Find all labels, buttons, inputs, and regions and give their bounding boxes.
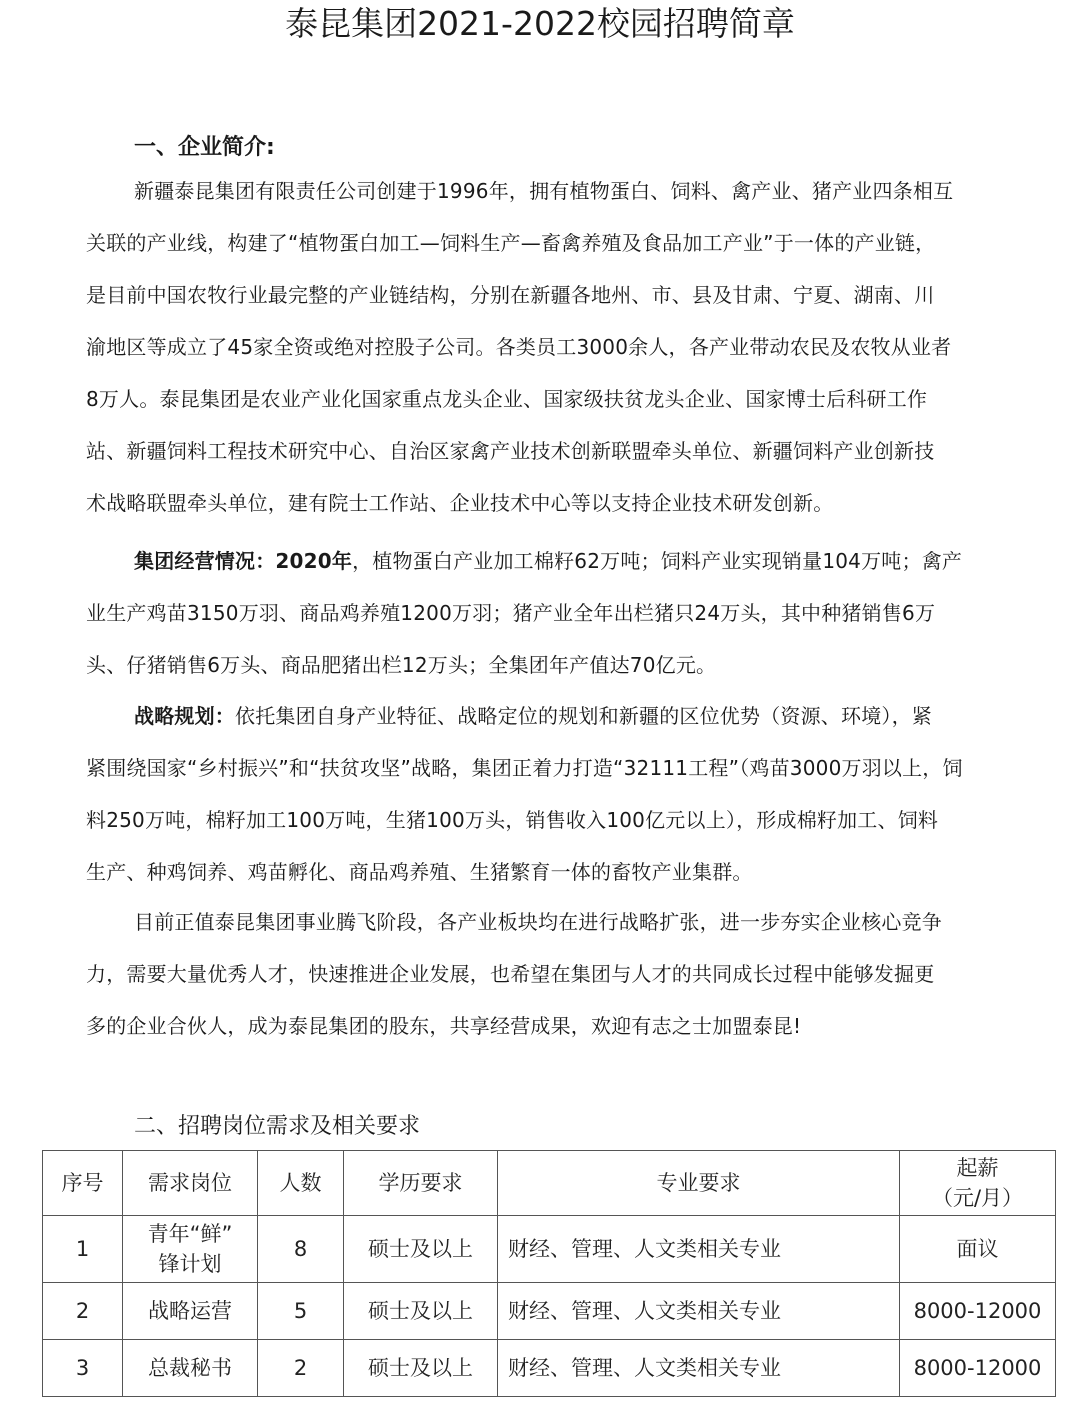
cell-position: 青年“鲜” 锋计划 [123, 1216, 258, 1283]
position-line2: 锋计划 [123, 1249, 257, 1279]
paragraph-invitation: 目前正值泰昆集团事业腾飞阶段，各产业板块均在进行战略扩张，进一步夯实企业核心竞争… [86, 896, 1026, 1052]
text-line: 渝地区等成立了45家全资或绝对控股子公司。各类员工3000余人，各产业带动农民及… [86, 321, 1026, 373]
header-salary-line2: （元/月） [900, 1183, 1055, 1213]
cell-position: 战略运营 [123, 1283, 258, 1340]
section-heading-positions: 二、招聘岗位需求及相关要求 [134, 1112, 420, 1142]
text-line: 生产、种鸡饲养、鸡苗孵化、商品鸡养殖、生猪繁育一体的畜牧产业集群。 [86, 846, 1026, 898]
text-line: 站、新疆饲料工程技术研究中心、自治区家禽产业技术创新联盟牵头单位、新疆饲料产业创… [86, 425, 1026, 477]
cell-salary: 8000-12000 [900, 1340, 1056, 1397]
cell-no: 3 [43, 1340, 123, 1397]
cell-education: 硕士及以上 [344, 1216, 498, 1283]
cell-major: 财经、管理、人文类相关专业 [498, 1216, 900, 1283]
header-salary: 起薪 （元/月） [900, 1151, 1056, 1216]
text-line: 紧围绕国家“乡村振兴”和“扶贫攻坚”战略，集团正着力打造“32111工程”（鸡苗… [86, 742, 1026, 794]
paragraph-company-overview: 新疆泰昆集团有限责任公司创建于1996年，拥有植物蛋白、饲料、禽产业、猪产业四条… [86, 165, 1026, 529]
paragraph-strategy: 战略规划：依托集团自身产业特征、战略定位的规划和新疆的区位优势（资源、环境），紧… [86, 690, 1026, 898]
text-line: 新疆泰昆集团有限责任公司创建于1996年，拥有植物蛋白、饲料、禽产业、猪产业四条… [86, 165, 1026, 217]
text-line: 业生产鸡苗3150万羽、商品鸡养殖1200万羽；猪产业全年出栏猪只24万头，其中… [86, 587, 1026, 639]
paragraph-operations: 集团经营情况：2020年，植物蛋白产业加工棉籽62万吨；饲料产业实现销量104万… [86, 535, 1026, 691]
header-education: 学历要求 [344, 1151, 498, 1216]
cell-no: 2 [43, 1283, 123, 1340]
position-line1: 青年“鲜” [123, 1219, 257, 1249]
cell-major: 财经、管理、人文类相关专业 [498, 1340, 900, 1397]
table-row: 3 总裁秘书 2 硕士及以上 财经、管理、人文类相关专业 8000-12000 [43, 1340, 1056, 1397]
cell-major: 财经、管理、人文类相关专业 [498, 1283, 900, 1340]
table-header-row: 序号 需求岗位 人数 学历要求 专业要求 起薪 （元/月） [43, 1151, 1056, 1216]
document-title: 泰昆集团2021-2022校园招聘简章 [0, 2, 1080, 46]
text-line: 8万人。泰昆集团是农业产业化国家重点龙头企业、国家级扶贫龙头企业、国家博士后科研… [86, 373, 1026, 425]
text-line: 目前正值泰昆集团事业腾飞阶段，各产业板块均在进行战略扩张，进一步夯实企业核心竞争 [86, 896, 1026, 948]
cell-salary: 8000-12000 [900, 1283, 1056, 1340]
cell-position: 总裁秘书 [123, 1340, 258, 1397]
table-row: 1 青年“鲜” 锋计划 8 硕士及以上 财经、管理、人文类相关专业 面议 [43, 1216, 1056, 1283]
text-fragment: ，植物蛋白产业加工棉籽62万吨；饲料产业实现销量104万吨；禽产 [352, 549, 962, 573]
header-salary-line1: 起薪 [900, 1153, 1055, 1183]
header-major: 专业要求 [498, 1151, 900, 1216]
text-line: 术战略联盟牵头单位，建有院士工作站、企业技术中心等以支持企业技术研发创新。 [86, 477, 1026, 529]
cell-count: 8 [258, 1216, 344, 1283]
text-line: 战略规划：依托集团自身产业特征、战略定位的规划和新疆的区位优势（资源、环境），紧 [86, 690, 1026, 742]
header-position: 需求岗位 [123, 1151, 258, 1216]
positions-table: 序号 需求岗位 人数 学历要求 专业要求 起薪 （元/月） 1 青年“鲜” 锋计… [42, 1150, 1056, 1397]
text-line: 关联的产业线，构建了“植物蛋白加工—饲料生产—畜禽养殖及食品加工产业”于一体的产… [86, 217, 1026, 269]
header-no: 序号 [43, 1151, 123, 1216]
cell-count: 2 [258, 1340, 344, 1397]
cell-no: 1 [43, 1216, 123, 1283]
header-count: 人数 [258, 1151, 344, 1216]
cell-education: 硕士及以上 [344, 1283, 498, 1340]
paragraph-label: 集团经营情况：2020年 [134, 549, 352, 573]
table-row: 2 战略运营 5 硕士及以上 财经、管理、人文类相关专业 8000-12000 [43, 1283, 1056, 1340]
cell-salary: 面议 [900, 1216, 1056, 1283]
cell-education: 硕士及以上 [344, 1340, 498, 1397]
section-heading-company-intro: 一、企业简介: [134, 133, 275, 163]
text-line: 是目前中国农牧行业最完整的产业链结构，分别在新疆各地州、市、县及甘肃、宁夏、湖南… [86, 269, 1026, 321]
paragraph-label: 战略规划： [134, 704, 235, 728]
text-line: 头、仔猪销售6万头、商品肥猪出栏12万头；全集团年产值达70亿元。 [86, 639, 1026, 691]
text-line: 多的企业合伙人，成为泰昆集团的股东，共享经营成果，欢迎有志之士加盟泰昆! [86, 1000, 1026, 1052]
text-fragment: 依托集团自身产业特征、战略定位的规划和新疆的区位优势（资源、环境），紧 [235, 704, 932, 728]
text-line: 集团经营情况：2020年，植物蛋白产业加工棉籽62万吨；饲料产业实现销量104万… [86, 535, 1026, 587]
cell-count: 5 [258, 1283, 344, 1340]
text-line: 料250万吨，棉籽加工100万吨，生猪100万头，销售收入100亿元以上），形成… [86, 794, 1026, 846]
text-line: 力，需要大量优秀人才，快速推进企业发展，也希望在集团与人才的共同成长过程中能够发… [86, 948, 1026, 1000]
